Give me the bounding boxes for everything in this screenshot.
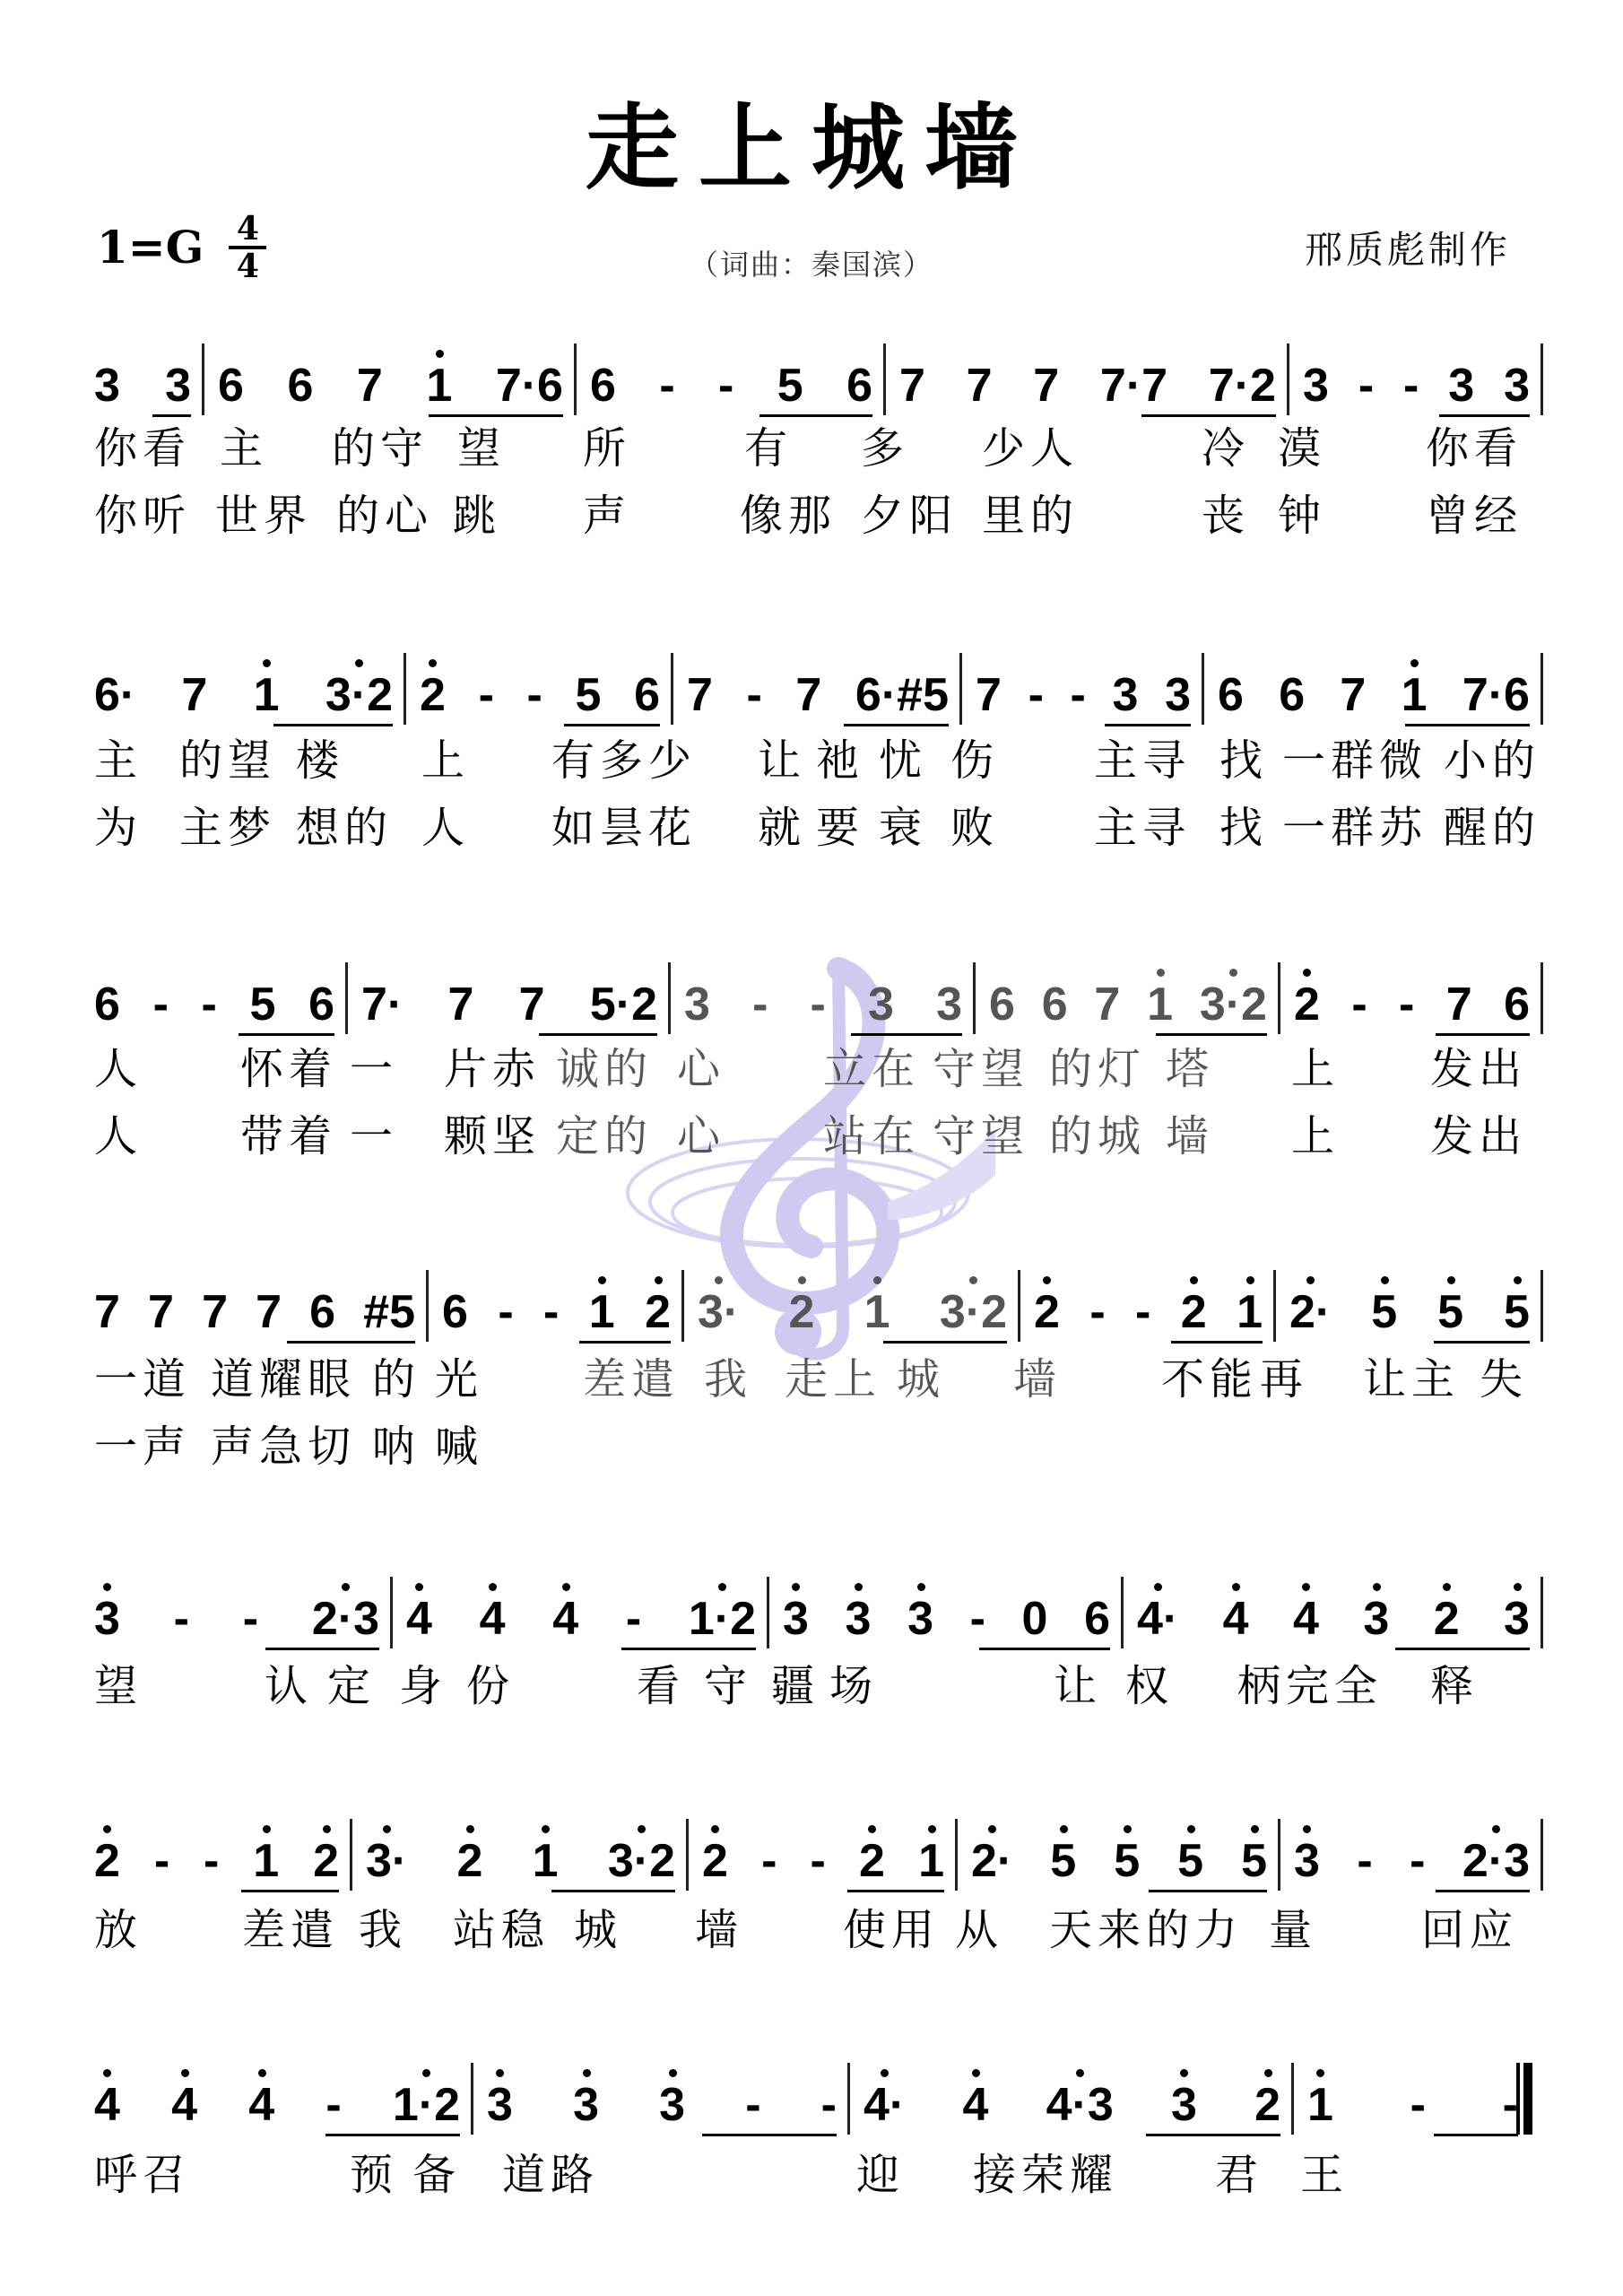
note: 1 [864, 1285, 890, 1339]
lyric-syllable: 呼召 [94, 2148, 191, 2202]
note: 5 [1050, 1834, 1076, 1888]
lyric-syllable: 曾经 [1426, 489, 1523, 543]
lyric-syllable: 城 [574, 1903, 622, 1957]
note: 2 [645, 1285, 671, 1339]
lyric-syllable: 回应 [1421, 1903, 1518, 1957]
note: 4·3 [1046, 2078, 1114, 2132]
note: 1 [918, 1834, 944, 1888]
extension-dash: - [659, 359, 674, 413]
measure: 2--56 [420, 664, 660, 726]
extension-dash: - [498, 1285, 513, 1339]
note: 1 [1402, 668, 1428, 722]
note: 2 [420, 668, 446, 722]
barline [574, 344, 577, 415]
note: 7 [1446, 978, 1472, 1031]
high-octave-dot [1514, 1276, 1522, 1284]
score-row: 77776#56--123·213·22--212·555 [0, 1281, 1623, 1352]
high-octave-dot [1060, 1825, 1068, 1833]
lyric-syllable: 的守 [332, 422, 429, 475]
lyric-syllable: 钟 [1278, 489, 1326, 543]
lyric-syllable: 定的 [556, 1109, 653, 1163]
beam-underline [241, 1890, 339, 1892]
note: 2 [1254, 2078, 1280, 2132]
lyric-syllable: 守望 [933, 1109, 1029, 1163]
barline [671, 653, 673, 725]
lyric-syllable: 想的 [296, 801, 393, 855]
note: 3 [94, 1592, 120, 1646]
note: 3 [868, 978, 894, 1031]
extension-dash: - [1135, 1285, 1150, 1339]
note: 7· [361, 978, 403, 1031]
note: 2·3 [312, 1592, 379, 1646]
lyric-syllable: 要 [816, 801, 864, 855]
song-title: 走上城墙 [0, 90, 1623, 206]
high-octave-dot [881, 2069, 889, 2077]
lyric-syllable: 上 [1291, 1042, 1340, 1096]
measure: 2·555 [1289, 1281, 1530, 1344]
high-octave-dot [263, 659, 271, 667]
note: 5·2 [590, 978, 657, 1031]
note: 3 [1504, 359, 1530, 413]
note: 2 [702, 1834, 728, 1888]
note: 2 [457, 1834, 483, 1888]
lyric-syllable: 多 [861, 422, 909, 475]
lyric-syllable: 守望 [933, 1042, 1029, 1096]
measure: 333-06 [783, 1587, 1110, 1650]
extension-dash: - [821, 2078, 837, 2132]
extension-dash: - [1358, 359, 1374, 413]
high-octave-dot [429, 659, 437, 667]
high-octave-dot [1410, 659, 1419, 667]
barline [973, 962, 976, 1034]
lyric-syllable: 发出 [1430, 1109, 1527, 1163]
note: 2 [1434, 1592, 1460, 1646]
high-octave-dot [496, 2069, 504, 2077]
high-octave-dot [1316, 2069, 1324, 2077]
note: 3· [366, 1834, 407, 1888]
note: 7 [1033, 359, 1059, 413]
beam-underline [1105, 724, 1191, 726]
measure: 77776#5 [94, 1281, 415, 1344]
lyric-syllable: 里的 [982, 489, 1079, 543]
lyric-syllable: 定 [327, 1659, 376, 1713]
note: 7 [448, 978, 474, 1031]
note: 7 [687, 668, 713, 722]
measure: 6--56 [590, 354, 872, 417]
note: 5 [777, 359, 803, 413]
barline [767, 1577, 769, 1648]
lyric-syllable: 的 [372, 1352, 421, 1406]
note: 5 [1114, 1834, 1140, 1888]
lyric-syllable: 柄完全 [1237, 1659, 1383, 1713]
extension-dash: - [1089, 1285, 1105, 1339]
extension-dash: - [543, 1285, 559, 1339]
extension-dash: - [1357, 1834, 1372, 1888]
note: 3 [907, 1592, 933, 1646]
extension-dash: - [761, 1834, 777, 1888]
lyric-syllable: 衰 [879, 801, 927, 855]
barline [426, 1270, 429, 1342]
note: 1 [1147, 978, 1173, 1031]
barline [1278, 1819, 1280, 1891]
note: 5 [576, 668, 602, 722]
beam-underline [847, 1890, 944, 1892]
extension-dash: - [1410, 1834, 1425, 1888]
lyric-syllable: 预 [350, 2148, 398, 2202]
measure: 3·213·2 [698, 1281, 1007, 1344]
beam-underline [265, 1648, 379, 1650]
note: 6 [1218, 668, 1244, 722]
note: 4 [480, 1592, 506, 1646]
lyric-syllable: 你听 [94, 489, 191, 543]
lyric-syllable: 不能 [1161, 1352, 1258, 1406]
lyric-syllable: 望 [94, 1659, 143, 1713]
beam-underline [239, 1033, 334, 1036]
lyric-syllable: 我 [704, 1352, 752, 1406]
high-octave-dot [917, 1583, 925, 1591]
lyric-syllable: 少人 [982, 422, 1079, 475]
lyric-syllable: 上 [421, 734, 470, 787]
extension-dash: - [174, 1592, 189, 1646]
lyric-syllable: 心 [677, 1042, 725, 1096]
lyric-syllable: 喊 [435, 1420, 483, 1474]
note: 2 [1294, 978, 1320, 1031]
lyric-syllable: 像那 [740, 489, 837, 543]
high-octave-dot [669, 2069, 677, 2077]
lyric-syllable: 你看 [1426, 422, 1523, 475]
note: 5 [1371, 1285, 1397, 1339]
lyric-syllable: 世界 [215, 489, 312, 543]
high-octave-dot [855, 1583, 863, 1591]
high-octave-dot [798, 1276, 806, 1284]
high-octave-dot [1251, 1825, 1259, 1833]
note: 4 [171, 2078, 197, 2132]
note: 3 [1448, 359, 1474, 413]
extension-dash: - [970, 1592, 985, 1646]
note: 6 [989, 978, 1015, 1031]
high-octave-dot [715, 1276, 723, 1284]
note: 2·3 [1462, 1834, 1530, 1888]
note: 4 [94, 2078, 120, 2132]
lyric-syllable: 王 [1300, 2148, 1349, 2202]
lyric-syllable: 楼 [296, 734, 344, 787]
extension-dash: - [745, 2078, 760, 2132]
lyric-syllable: 的心 [336, 489, 433, 543]
note: 3 [846, 1592, 872, 1646]
high-octave-dot [1043, 1276, 1051, 1284]
extension-dash: - [1399, 978, 1414, 1031]
lyric-syllable: 权 [1125, 1659, 1174, 1713]
note: 1 [253, 1834, 279, 1888]
high-octave-dot [1124, 1825, 1132, 1833]
lyric-syllable: 心 [677, 1109, 725, 1163]
lyric-syllable: 墙 [695, 1903, 743, 1957]
note: 3 [684, 978, 710, 1031]
note: 3 [1363, 1592, 1389, 1646]
note: 4 [552, 1592, 578, 1646]
lyric-syllable: 让 [1054, 1659, 1102, 1713]
score-row: 3366717·66--567777·77·23--33 [0, 354, 1623, 426]
lyric-syllable: 一 [350, 1042, 398, 1096]
high-octave-dot [103, 2069, 111, 2077]
high-octave-dot [258, 2069, 266, 2077]
lyric-syllable: 的城 [1049, 1109, 1146, 1163]
lyric-syllable: 的望 [179, 734, 276, 787]
note: 5 [1437, 1285, 1463, 1339]
beam-underline [883, 1341, 1007, 1344]
measure: 4·44323 [1137, 1587, 1530, 1650]
note: 6 [94, 978, 120, 1031]
note: 3·2 [1200, 978, 1267, 1031]
extension-dash: - [811, 1834, 826, 1888]
note: 7 [357, 359, 383, 413]
lyric-syllable: 有多少 [551, 734, 697, 787]
note: 3 [783, 1592, 809, 1646]
note: 7·6 [496, 359, 563, 413]
beam-underline [851, 1033, 962, 1036]
measure: 7-76·#5 [687, 664, 949, 726]
lyric-syllable: 片赤 [444, 1042, 541, 1096]
lyric-syllable: 人 [421, 801, 470, 855]
lyric-syllable: 找 [1219, 734, 1268, 787]
measure: 4·44·332 [864, 2074, 1280, 2136]
high-octave-dot [1190, 1276, 1198, 1284]
lyric-syllable: 让主 [1363, 1352, 1460, 1406]
measure: 66717·6 [1218, 664, 1530, 726]
extension-dash: - [153, 978, 169, 1031]
barline [1541, 653, 1543, 725]
extension-dash: - [718, 359, 733, 413]
barline [955, 1819, 958, 1891]
high-octave-dot [711, 1825, 719, 1833]
time-top: 4 [237, 213, 259, 244]
author-credit: 邢质彪制作 [1305, 221, 1511, 274]
note: 5 [250, 978, 276, 1031]
beam-underline [1171, 1341, 1263, 1344]
lyric-syllable: 一声 [94, 1420, 191, 1474]
lyric-syllable: 冷 [1202, 422, 1250, 475]
lyric-syllable: 备 [412, 2148, 461, 2202]
note: 3 [487, 2078, 513, 2132]
note: 7 [94, 1285, 120, 1339]
lyric-syllable: 差遣 [583, 1352, 680, 1406]
note: 3 [1504, 1592, 1530, 1646]
high-octave-dot [466, 1825, 474, 1833]
lyric-syllable: 迎 [856, 2148, 905, 2202]
high-octave-dot [383, 1825, 391, 1833]
note: 7 [899, 359, 925, 413]
measure: 7777·77·2 [899, 354, 1276, 417]
extension-dash: - [1351, 978, 1367, 1031]
lyric-syllable: 主 [220, 422, 268, 475]
score-row: 3--2·3444-1·2333-064·44323 [0, 1587, 1623, 1659]
beam-underline [579, 1341, 671, 1344]
note: 6 [442, 1285, 468, 1339]
note: 4 [962, 2078, 988, 2132]
note: 7 [1094, 978, 1120, 1031]
measure: 3--33 [1303, 354, 1530, 417]
barline [1018, 1270, 1020, 1342]
lyric-syllable: 立在 [823, 1042, 920, 1096]
note: 2 [1181, 1285, 1207, 1339]
beam-underline [539, 1033, 657, 1036]
note: 0 [1022, 1592, 1048, 1646]
note: 2· [1289, 1285, 1331, 1339]
measure: 7--33 [976, 664, 1191, 726]
note: 3 [936, 978, 962, 1031]
extension-dash: - [1071, 668, 1086, 722]
lyric-syllable: 让 [758, 734, 806, 787]
barline [1273, 1270, 1276, 1342]
note: 6 [1042, 978, 1068, 1031]
beam-underline [1146, 2134, 1280, 2136]
barline [959, 653, 962, 725]
lyric-syllable: 身 [399, 1659, 447, 1713]
measure: 7·775·2 [361, 973, 657, 1036]
measure: 6·713·2 [94, 664, 393, 726]
high-octave-dot [583, 2069, 591, 2077]
high-octave-dot [103, 1825, 111, 1833]
high-octave-dot [562, 1583, 570, 1591]
score-row: 6·713·22--567-76·#57--3366717·6 [0, 664, 1623, 735]
note: 3 [165, 359, 191, 413]
high-octave-dot [1187, 1825, 1195, 1833]
note: 1 [426, 359, 452, 413]
beam-underline [273, 724, 393, 726]
high-octave-dot [323, 1825, 331, 1833]
barline [202, 344, 204, 415]
high-octave-dot [988, 1825, 996, 1833]
note: #5 [363, 1285, 415, 1339]
note: 4· [1137, 1592, 1178, 1646]
lyric-syllable: 我 [359, 1903, 407, 1957]
note: 6 [634, 668, 660, 722]
note: 6 [218, 359, 244, 413]
note: 7·7 [1100, 359, 1167, 413]
measure: 2--21 [1034, 1281, 1263, 1344]
high-octave-dot [422, 2069, 430, 2077]
note: 3 [573, 2078, 599, 2132]
final-barline-thick [1523, 2063, 1532, 2135]
lyric-syllable: 疆 [771, 1659, 820, 1713]
note: 6 [590, 359, 616, 413]
high-octave-dot [1302, 1583, 1310, 1591]
extension-dash: - [204, 1834, 219, 1888]
lyric-syllable: 主寻 [1094, 801, 1191, 855]
note: 6 [309, 1285, 335, 1339]
note: 3·2 [608, 1834, 675, 1888]
lyric-syllable: 释 [1430, 1659, 1479, 1713]
beam-underline [1434, 2134, 1518, 2136]
note: 1 [254, 668, 280, 722]
note: 5 [1504, 1285, 1530, 1339]
note: 6 [1084, 1592, 1110, 1646]
high-octave-dot [263, 1825, 271, 1833]
lyric-syllable: 塔 [1166, 1042, 1214, 1096]
note: 7 [1340, 668, 1366, 722]
beam-underline [1395, 1648, 1530, 1650]
high-octave-dot [342, 1583, 350, 1591]
barline [1202, 653, 1204, 725]
beam-underline [1439, 414, 1530, 417]
lyric-syllable: 失 [1480, 1352, 1528, 1406]
lyric-syllable: 君 [1215, 2148, 1263, 2202]
measure: 2--21 [702, 1830, 944, 1892]
lyric-syllable: 人 [94, 1042, 143, 1096]
lyric-syllable: 为 [94, 801, 143, 855]
extension-dash: - [1403, 359, 1419, 413]
note: 1 [1307, 2078, 1333, 2132]
extension-dash: - [1410, 2078, 1426, 2132]
barline [1287, 344, 1289, 415]
beam-underline [152, 414, 191, 417]
extension-dash: - [1028, 668, 1044, 722]
barline [350, 1819, 352, 1891]
note: 3 [1113, 668, 1139, 722]
beam-underline [844, 724, 949, 726]
lyric-syllable: 城 [897, 1352, 945, 1406]
high-octave-dot [1306, 1276, 1315, 1284]
lyric-syllable: 怀着 [240, 1042, 337, 1096]
lyric-syllable: 跳 [453, 489, 501, 543]
barline [1291, 2063, 1294, 2135]
note: 4 [1293, 1592, 1319, 1646]
extension-dash: - [154, 1834, 169, 1888]
lyric-syllable: 声 [583, 489, 631, 543]
measure: 444-1·2 [406, 1587, 756, 1650]
extension-dash: - [479, 668, 494, 722]
beam-underline [1156, 1033, 1267, 1036]
high-octave-dot [1443, 1583, 1451, 1591]
barline [1541, 344, 1543, 415]
lyric-syllable: 差遣 [242, 1903, 339, 1957]
lyric-syllable: 败 [950, 801, 999, 855]
high-octave-dot [542, 1825, 550, 1833]
measure: 2·5555 [971, 1830, 1267, 1892]
high-octave-dot [103, 1583, 111, 1591]
measure: 333-- [487, 2074, 837, 2136]
high-octave-dot [1157, 969, 1165, 977]
lyric-syllable: 一群苏 [1282, 801, 1428, 855]
extension-dash: - [747, 668, 762, 722]
high-octave-dot [1264, 2069, 1272, 2077]
note: 7 [795, 668, 821, 722]
lyric-syllable: 就 [758, 801, 806, 855]
high-octave-dot [868, 1825, 876, 1833]
note: 4 [248, 2078, 274, 2132]
lyric-syllable: 发出 [1430, 1042, 1527, 1096]
note: 7 [967, 359, 993, 413]
lyric-syllable: 醒的 [1444, 801, 1541, 855]
high-octave-dot [1373, 1583, 1381, 1591]
high-octave-dot [355, 659, 363, 667]
note: 2 [789, 1285, 815, 1339]
beam-underline [564, 724, 660, 726]
lyric-syllable: 站稳 [453, 1903, 550, 1957]
note: 1·2 [689, 1592, 756, 1646]
measure: 3--2·3 [1294, 1830, 1530, 1892]
lyric-syllable: 漠 [1278, 422, 1326, 475]
note: 6 [1504, 978, 1530, 1031]
lyric-syllable: 道路 [502, 2148, 599, 2202]
note: 2 [313, 1834, 339, 1888]
measure: 3·213·2 [366, 1830, 675, 1892]
beam-underline [621, 1648, 756, 1650]
note: 7 [202, 1285, 228, 1339]
beam-underline [702, 2134, 837, 2136]
high-octave-dot [1232, 1583, 1240, 1591]
lyric-syllable: 主 [94, 734, 143, 787]
